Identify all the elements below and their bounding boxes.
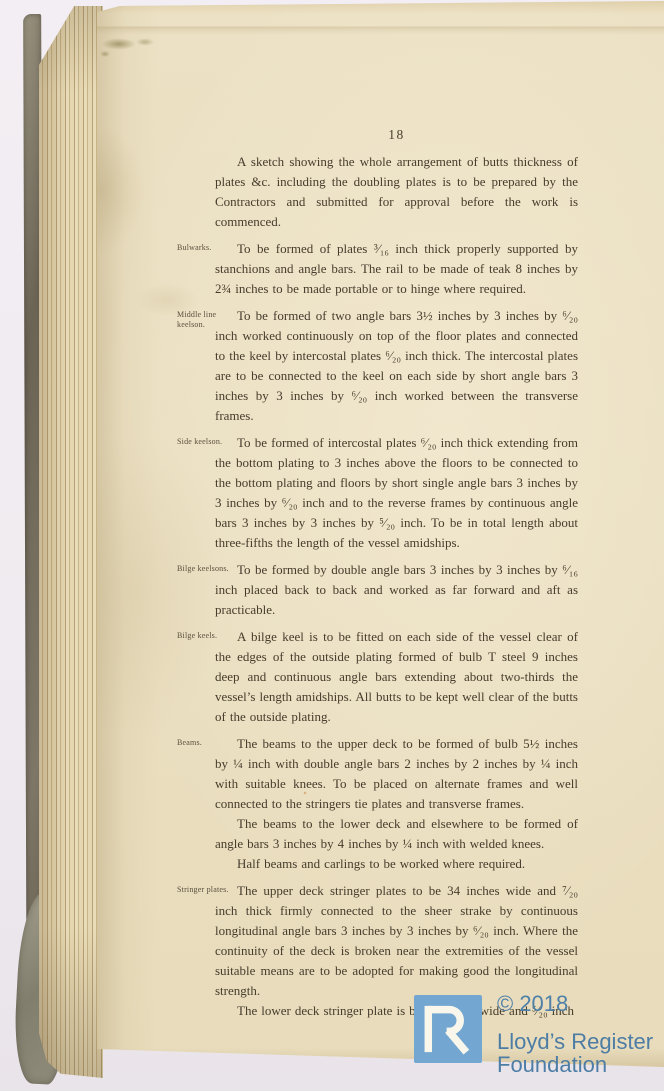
paragraph: Half beams and carlings to be worked whe…	[215, 854, 578, 874]
section-side-keelson: Side keelson. To be formed of intercosta…	[215, 433, 578, 553]
section-bilge-keelsons: Bilge keelsons. To be formed by double a…	[215, 560, 578, 620]
margin-label-side-keelson: Side keelson.	[177, 437, 229, 447]
stacked-page-edges	[39, 6, 103, 1078]
margin-label-middle-line-keelson: Middle line keelson.	[177, 310, 229, 329]
margin-label-stringer-plates: Stringer plates.	[177, 885, 229, 895]
paragraph: The beams to the lower deck and elsewher…	[215, 814, 578, 854]
paragraph: To be formed by double angle bars 3 inch…	[215, 560, 578, 620]
lloyds-register-logo-icon	[414, 990, 482, 1068]
paragraph: The beams to the upper deck to be formed…	[215, 734, 578, 814]
section-bilge-keels: Bilge keels. A bilge keel is to be fitte…	[215, 627, 578, 727]
paragraph: The upper deck stringer plates to be 34 …	[215, 881, 578, 1001]
section-bulwarks: Bulwarks. To be formed of plates ³⁄₁₆ in…	[215, 239, 578, 299]
paragraph: To be formed of two angle bars 3½ inches…	[215, 306, 578, 426]
org-name-line1: Lloyd’s Register	[497, 1030, 653, 1053]
section-middle-line-keelson: Middle line keelson. To be formed of two…	[215, 306, 578, 426]
paragraph: To be formed of plates ³⁄₁₆ inch thick p…	[215, 239, 578, 299]
margin-label-bilge-keelsons: Bilge keelsons.	[177, 564, 229, 574]
watermark-text: © 2018 Lloyd’s Register Foundation	[497, 990, 653, 1076]
section-intro: A sketch showing the whole arrangement o…	[215, 152, 578, 232]
margin-label-bilge-keels: Bilge keels.	[177, 631, 229, 641]
page-number: 18	[215, 127, 578, 143]
paragraph: A bilge keel is to be fitted on each sid…	[215, 627, 578, 727]
page-content: A sketch showing the whole arrangement o…	[215, 152, 578, 1028]
paragraph: A sketch showing the whole arrangement o…	[215, 152, 578, 232]
copyright-text: © 2018	[497, 991, 653, 1017]
margin-label-bulwarks: Bulwarks.	[177, 243, 229, 253]
paragraph: To be formed of intercostal plates ⁶⁄₂₀ …	[215, 433, 578, 553]
org-name-line2: Foundation	[497, 1053, 653, 1076]
section-beams: Beams. The beams to the upper deck to be…	[215, 734, 578, 874]
margin-label-beams: Beams.	[177, 738, 229, 748]
lloyds-register-watermark: © 2018 Lloyd’s Register Foundation	[414, 990, 653, 1076]
